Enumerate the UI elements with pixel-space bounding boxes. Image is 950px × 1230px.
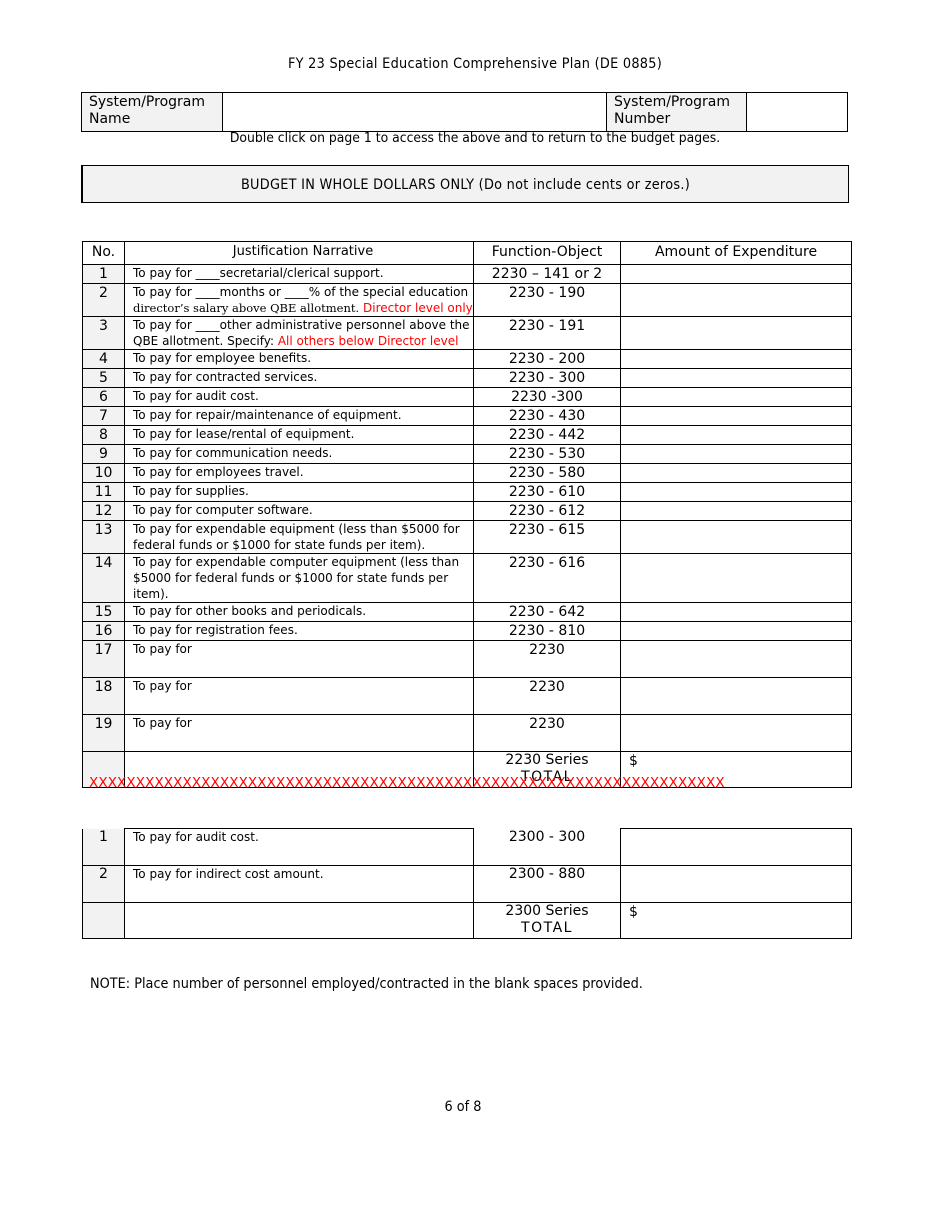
justification-narrative[interactable]: To pay for bbox=[125, 678, 474, 715]
footnote: NOTE: Place number of personnel employed… bbox=[90, 976, 643, 992]
justification-narrative[interactable]: To pay for communication needs. bbox=[125, 445, 474, 464]
table-row: 7To pay for repair/maintenance of equipm… bbox=[83, 407, 852, 426]
amount-input[interactable] bbox=[621, 350, 852, 369]
row-number: 17 bbox=[83, 641, 125, 678]
function-object-code: 2230 - 616 bbox=[474, 554, 621, 603]
page-number: 6 of 8 bbox=[37, 1099, 889, 1115]
table-row: 18To pay for2230 bbox=[83, 678, 852, 715]
justification-narrative[interactable]: To pay for bbox=[125, 715, 474, 752]
justification-narrative[interactable]: To pay for audit cost. bbox=[125, 829, 474, 866]
narrative-line: director’s salary above QBE allotment. bbox=[133, 301, 359, 315]
currency-symbol: $ bbox=[629, 753, 638, 769]
row-number: 19 bbox=[83, 715, 125, 752]
function-object-code: 2230 - 810 bbox=[474, 622, 621, 641]
header-no: No. bbox=[83, 242, 125, 265]
row-number: 18 bbox=[83, 678, 125, 715]
justification-narrative[interactable]: To pay for ____other administrative pers… bbox=[125, 317, 474, 350]
amount-input[interactable] bbox=[621, 678, 852, 715]
budget-banner: BUDGET IN WHOLE DOLLARS ONLY (Do not inc… bbox=[81, 165, 849, 203]
amount-input[interactable] bbox=[621, 317, 852, 350]
table-row: 3To pay for ____other administrative per… bbox=[83, 317, 852, 350]
amount-input[interactable] bbox=[621, 829, 852, 866]
amount-input[interactable] bbox=[621, 521, 852, 554]
function-object-code: 2230 - 530 bbox=[474, 445, 621, 464]
system-program-name-label: System/Program Name bbox=[82, 93, 223, 132]
table-row: 2To pay for indirect cost amount.2300 - … bbox=[83, 866, 852, 903]
red-x-separator: XXXXXXXXXXXXXXXXXXXXXXXXXXXXXXXXXXXXXXXX… bbox=[89, 775, 849, 792]
justification-narrative[interactable]: To pay for audit cost. bbox=[125, 388, 474, 407]
narrative-line: To pay for ____months or ____% of the sp… bbox=[133, 285, 468, 299]
amount-input[interactable] bbox=[621, 502, 852, 521]
function-object-code: 2230 - 580 bbox=[474, 464, 621, 483]
total-narrative-cell bbox=[125, 903, 474, 939]
row-number: 12 bbox=[83, 502, 125, 521]
table-row: 8To pay for lease/rental of equipment.22… bbox=[83, 426, 852, 445]
amount-input[interactable] bbox=[621, 603, 852, 622]
amount-input[interactable] bbox=[621, 554, 852, 603]
table-row: 4To pay for employee benefits.2230 - 200 bbox=[83, 350, 852, 369]
total-row: 2300 SeriesTOTAL$ bbox=[83, 903, 852, 939]
row-number: 10 bbox=[83, 464, 125, 483]
function-object-code: 2230 - 612 bbox=[474, 502, 621, 521]
justification-narrative[interactable]: To pay for ____months or ____% of the sp… bbox=[125, 284, 474, 317]
amount-input[interactable] bbox=[621, 445, 852, 464]
table-row: 19To pay for2230 bbox=[83, 715, 852, 752]
table-row: 17To pay for2230 bbox=[83, 641, 852, 678]
justification-narrative[interactable]: To pay for bbox=[125, 641, 474, 678]
amount-input[interactable] bbox=[621, 426, 852, 445]
amount-input[interactable] bbox=[621, 866, 852, 903]
justification-narrative[interactable]: To pay for employees travel. bbox=[125, 464, 474, 483]
table-row: 6To pay for audit cost.2230 -300 bbox=[83, 388, 852, 407]
justification-narrative[interactable]: To pay for contracted services. bbox=[125, 369, 474, 388]
header-justification-narrative: Justification Narrative bbox=[125, 242, 474, 265]
total-number-cell bbox=[83, 903, 125, 939]
total-label-line: 2300 Series bbox=[505, 903, 588, 919]
table-row: 12To pay for computer software.2230 - 61… bbox=[83, 502, 852, 521]
budget-banner-text: BUDGET IN WHOLE DOLLARS ONLY (Do not inc… bbox=[114, 166, 818, 204]
justification-narrative[interactable]: To pay for indirect cost amount. bbox=[125, 866, 474, 903]
table-row: 13To pay for expendable equipment (less … bbox=[83, 521, 852, 554]
narrative-highlight: Director level only bbox=[363, 301, 473, 315]
justification-narrative[interactable]: To pay for other books and periodicals. bbox=[125, 603, 474, 622]
row-number: 1 bbox=[83, 265, 125, 284]
amount-input[interactable] bbox=[621, 407, 852, 426]
function-object-code: 2230 - 615 bbox=[474, 521, 621, 554]
table-row: 2To pay for ____months or ____% of the s… bbox=[83, 284, 852, 317]
justification-narrative[interactable]: To pay for expendable equipment (less th… bbox=[125, 521, 474, 554]
table-row: 11To pay for supplies.2230 - 610 bbox=[83, 483, 852, 502]
table-row: 5To pay for contracted services.2230 - 3… bbox=[83, 369, 852, 388]
row-number: 2 bbox=[83, 866, 125, 903]
function-object-code: 2230 - 200 bbox=[474, 350, 621, 369]
header-function-object: Function-Object bbox=[474, 242, 621, 265]
table-row: 14To pay for expendable computer equipme… bbox=[83, 554, 852, 603]
function-object-code: 2300 - 880 bbox=[474, 866, 621, 903]
table-row: 1To pay for audit cost.2300 - 300 bbox=[83, 829, 852, 866]
table-row: 16To pay for registration fees.2230 - 81… bbox=[83, 622, 852, 641]
row-number: 4 bbox=[83, 350, 125, 369]
budget-table-2230: No. Justification Narrative Function-Obj… bbox=[82, 241, 852, 788]
row-number: 15 bbox=[83, 603, 125, 622]
function-object-code: 2230 - 642 bbox=[474, 603, 621, 622]
justification-narrative[interactable]: To pay for supplies. bbox=[125, 483, 474, 502]
double-click-instruction: Double click on page 1 to access the abo… bbox=[38, 130, 912, 146]
system-program-table: System/Program Name System/Program Numbe… bbox=[81, 92, 848, 132]
amount-input[interactable] bbox=[621, 622, 852, 641]
amount-input[interactable] bbox=[621, 715, 852, 752]
total-label-line: TOTAL bbox=[521, 920, 573, 936]
row-number: 9 bbox=[83, 445, 125, 464]
row-number: 5 bbox=[83, 369, 125, 388]
currency-symbol: $ bbox=[629, 904, 638, 920]
justification-narrative[interactable]: To pay for lease/rental of equipment. bbox=[125, 426, 474, 445]
justification-narrative[interactable]: To pay for expendable computer equipment… bbox=[125, 554, 474, 603]
table-row: 9To pay for communication needs.2230 - 5… bbox=[83, 445, 852, 464]
row-number: 11 bbox=[83, 483, 125, 502]
table-header-row: No. Justification Narrative Function-Obj… bbox=[83, 242, 852, 265]
row-number: 2 bbox=[83, 284, 125, 317]
row-number: 7 bbox=[83, 407, 125, 426]
amount-input[interactable] bbox=[621, 265, 852, 284]
amount-input[interactable] bbox=[621, 641, 852, 678]
amount-input[interactable] bbox=[621, 388, 852, 407]
budget-table-2300: 1To pay for audit cost.2300 - 3002To pay… bbox=[82, 828, 852, 939]
function-object-code: 2230 bbox=[474, 715, 621, 752]
function-object-code: 2230 – 141 or 2 bbox=[474, 265, 621, 284]
function-object-code: 2230 bbox=[474, 641, 621, 678]
function-object-code: 2300 - 300 bbox=[474, 829, 621, 866]
row-number: 6 bbox=[83, 388, 125, 407]
document-title: FY 23 Special Education Comprehensive Pl… bbox=[38, 56, 912, 72]
justification-narrative[interactable]: To pay for employee benefits. bbox=[125, 350, 474, 369]
row-number: 3 bbox=[83, 317, 125, 350]
narrative-line: To pay for ____other administrative pers… bbox=[133, 318, 470, 332]
amount-input[interactable] bbox=[621, 464, 852, 483]
function-object-code: 2230 - 300 bbox=[474, 369, 621, 388]
function-object-code: 2230 - 430 bbox=[474, 407, 621, 426]
narrative-highlight: All others below Director level bbox=[278, 334, 459, 348]
function-object-code: 2230 - 191 bbox=[474, 317, 621, 350]
function-object-code: 2230 -300 bbox=[474, 388, 621, 407]
function-object-code: 2230 bbox=[474, 678, 621, 715]
row-number: 1 bbox=[83, 829, 125, 866]
table-row: 15To pay for other books and periodicals… bbox=[83, 603, 852, 622]
table-row: 1To pay for ____secretarial/clerical sup… bbox=[83, 265, 852, 284]
row-number: 14 bbox=[83, 554, 125, 603]
function-object-code: 2230 - 190 bbox=[474, 284, 621, 317]
narrative-line: QBE allotment. Specify: bbox=[133, 334, 274, 348]
system-program-name-field[interactable] bbox=[223, 93, 607, 132]
total-amount-input[interactable]: $ bbox=[621, 903, 852, 939]
system-program-number-field[interactable] bbox=[747, 93, 848, 132]
total-label: 2300 SeriesTOTAL bbox=[474, 903, 621, 939]
system-program-number-label: System/Program Number bbox=[607, 93, 747, 132]
justification-narrative[interactable]: To pay for repair/maintenance of equipme… bbox=[125, 407, 474, 426]
amount-input[interactable] bbox=[621, 483, 852, 502]
header-amount: Amount of Expenditure bbox=[621, 242, 852, 265]
function-object-code: 2230 - 442 bbox=[474, 426, 621, 445]
amount-input[interactable] bbox=[621, 369, 852, 388]
row-number: 16 bbox=[83, 622, 125, 641]
justification-narrative[interactable]: To pay for registration fees. bbox=[125, 622, 474, 641]
justification-narrative[interactable]: To pay for ____secretarial/clerical supp… bbox=[125, 265, 474, 284]
row-number: 13 bbox=[83, 521, 125, 554]
amount-input[interactable] bbox=[621, 284, 852, 317]
row-number: 8 bbox=[83, 426, 125, 445]
total-label-line: 2230 Series bbox=[505, 752, 588, 768]
justification-narrative[interactable]: To pay for computer software. bbox=[125, 502, 474, 521]
function-object-code: 2230 - 610 bbox=[474, 483, 621, 502]
table-row: 10To pay for employees travel.2230 - 580 bbox=[83, 464, 852, 483]
